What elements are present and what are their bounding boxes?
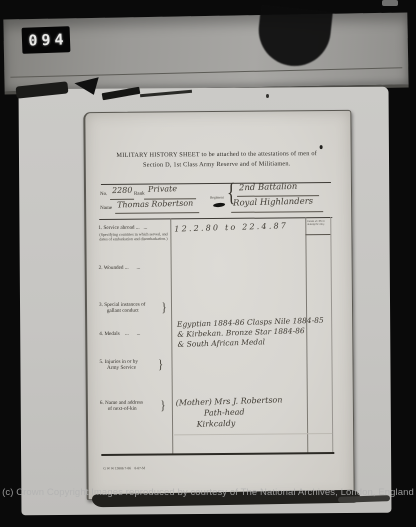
name-label: Name xyxy=(100,206,112,211)
printer-code: G W W 13886 7-86 8-87-M xyxy=(103,467,145,471)
copyright-watermark: (c) Crown Copyright Images reproduced by… xyxy=(2,487,414,498)
table-bottom-rule xyxy=(101,452,334,456)
ink-smudge xyxy=(213,202,225,207)
form-heading-line2: Section D, 1st Class Army Reserve and of… xyxy=(98,159,336,171)
row2-label: 2. Wounded ... ... xyxy=(99,264,173,271)
faint-row-line xyxy=(174,433,332,435)
row1-label: 1. Service abroad ... ... xyxy=(98,224,172,231)
row4-label: 4. Medals ... ... xyxy=(99,330,173,337)
row6-entry: (Mother) Mrs J. Robertson Path-head Kirk… xyxy=(175,394,283,430)
field-underline xyxy=(115,212,199,214)
row3-brace: } xyxy=(162,300,167,313)
machine-bar-edge-line xyxy=(10,67,402,78)
corner-smudge xyxy=(382,0,398,6)
table-top-rule xyxy=(99,217,332,220)
regiment-label: Regiment xyxy=(210,196,224,200)
row1-entry: 12.2.80 to 22.4.87 xyxy=(174,221,288,234)
row1-sublabel: (Specifying countries in which served, a… xyxy=(99,232,169,241)
row6-brace: } xyxy=(160,398,165,411)
frame-counter-value: 094 xyxy=(24,30,68,49)
rank-label: Rank xyxy=(134,192,145,197)
no-label: No. xyxy=(100,192,107,197)
regiment-value-line1: 2nd Battalion xyxy=(239,182,298,194)
document-page: MILITARY HISTORY SHEET to be attached to… xyxy=(83,110,354,500)
paper-speck xyxy=(266,94,269,98)
table-right-edge xyxy=(330,217,333,453)
field-underline xyxy=(231,211,323,213)
frame-counter: 094 xyxy=(22,26,71,54)
initials-column-header: Initials of Officer making the entry. xyxy=(307,220,331,226)
form-heading: MILITARY HISTORY SHEET to be attached to… xyxy=(98,149,336,171)
initials-header-underline xyxy=(305,234,330,235)
no-value: 2280 xyxy=(112,186,133,196)
regiment-value-line2: Royal Highlanders xyxy=(233,196,313,208)
rank-value: Private xyxy=(148,184,177,194)
microfilm-scan: 094 MILITARY HISTORY SHEET to be attache… xyxy=(0,0,416,527)
row4-entry: Egyptian 1884-86 Clasps Nile 1884-85 & K… xyxy=(177,316,325,350)
name-value: Thomas Robertson xyxy=(117,199,193,210)
row5-brace: } xyxy=(158,357,163,370)
